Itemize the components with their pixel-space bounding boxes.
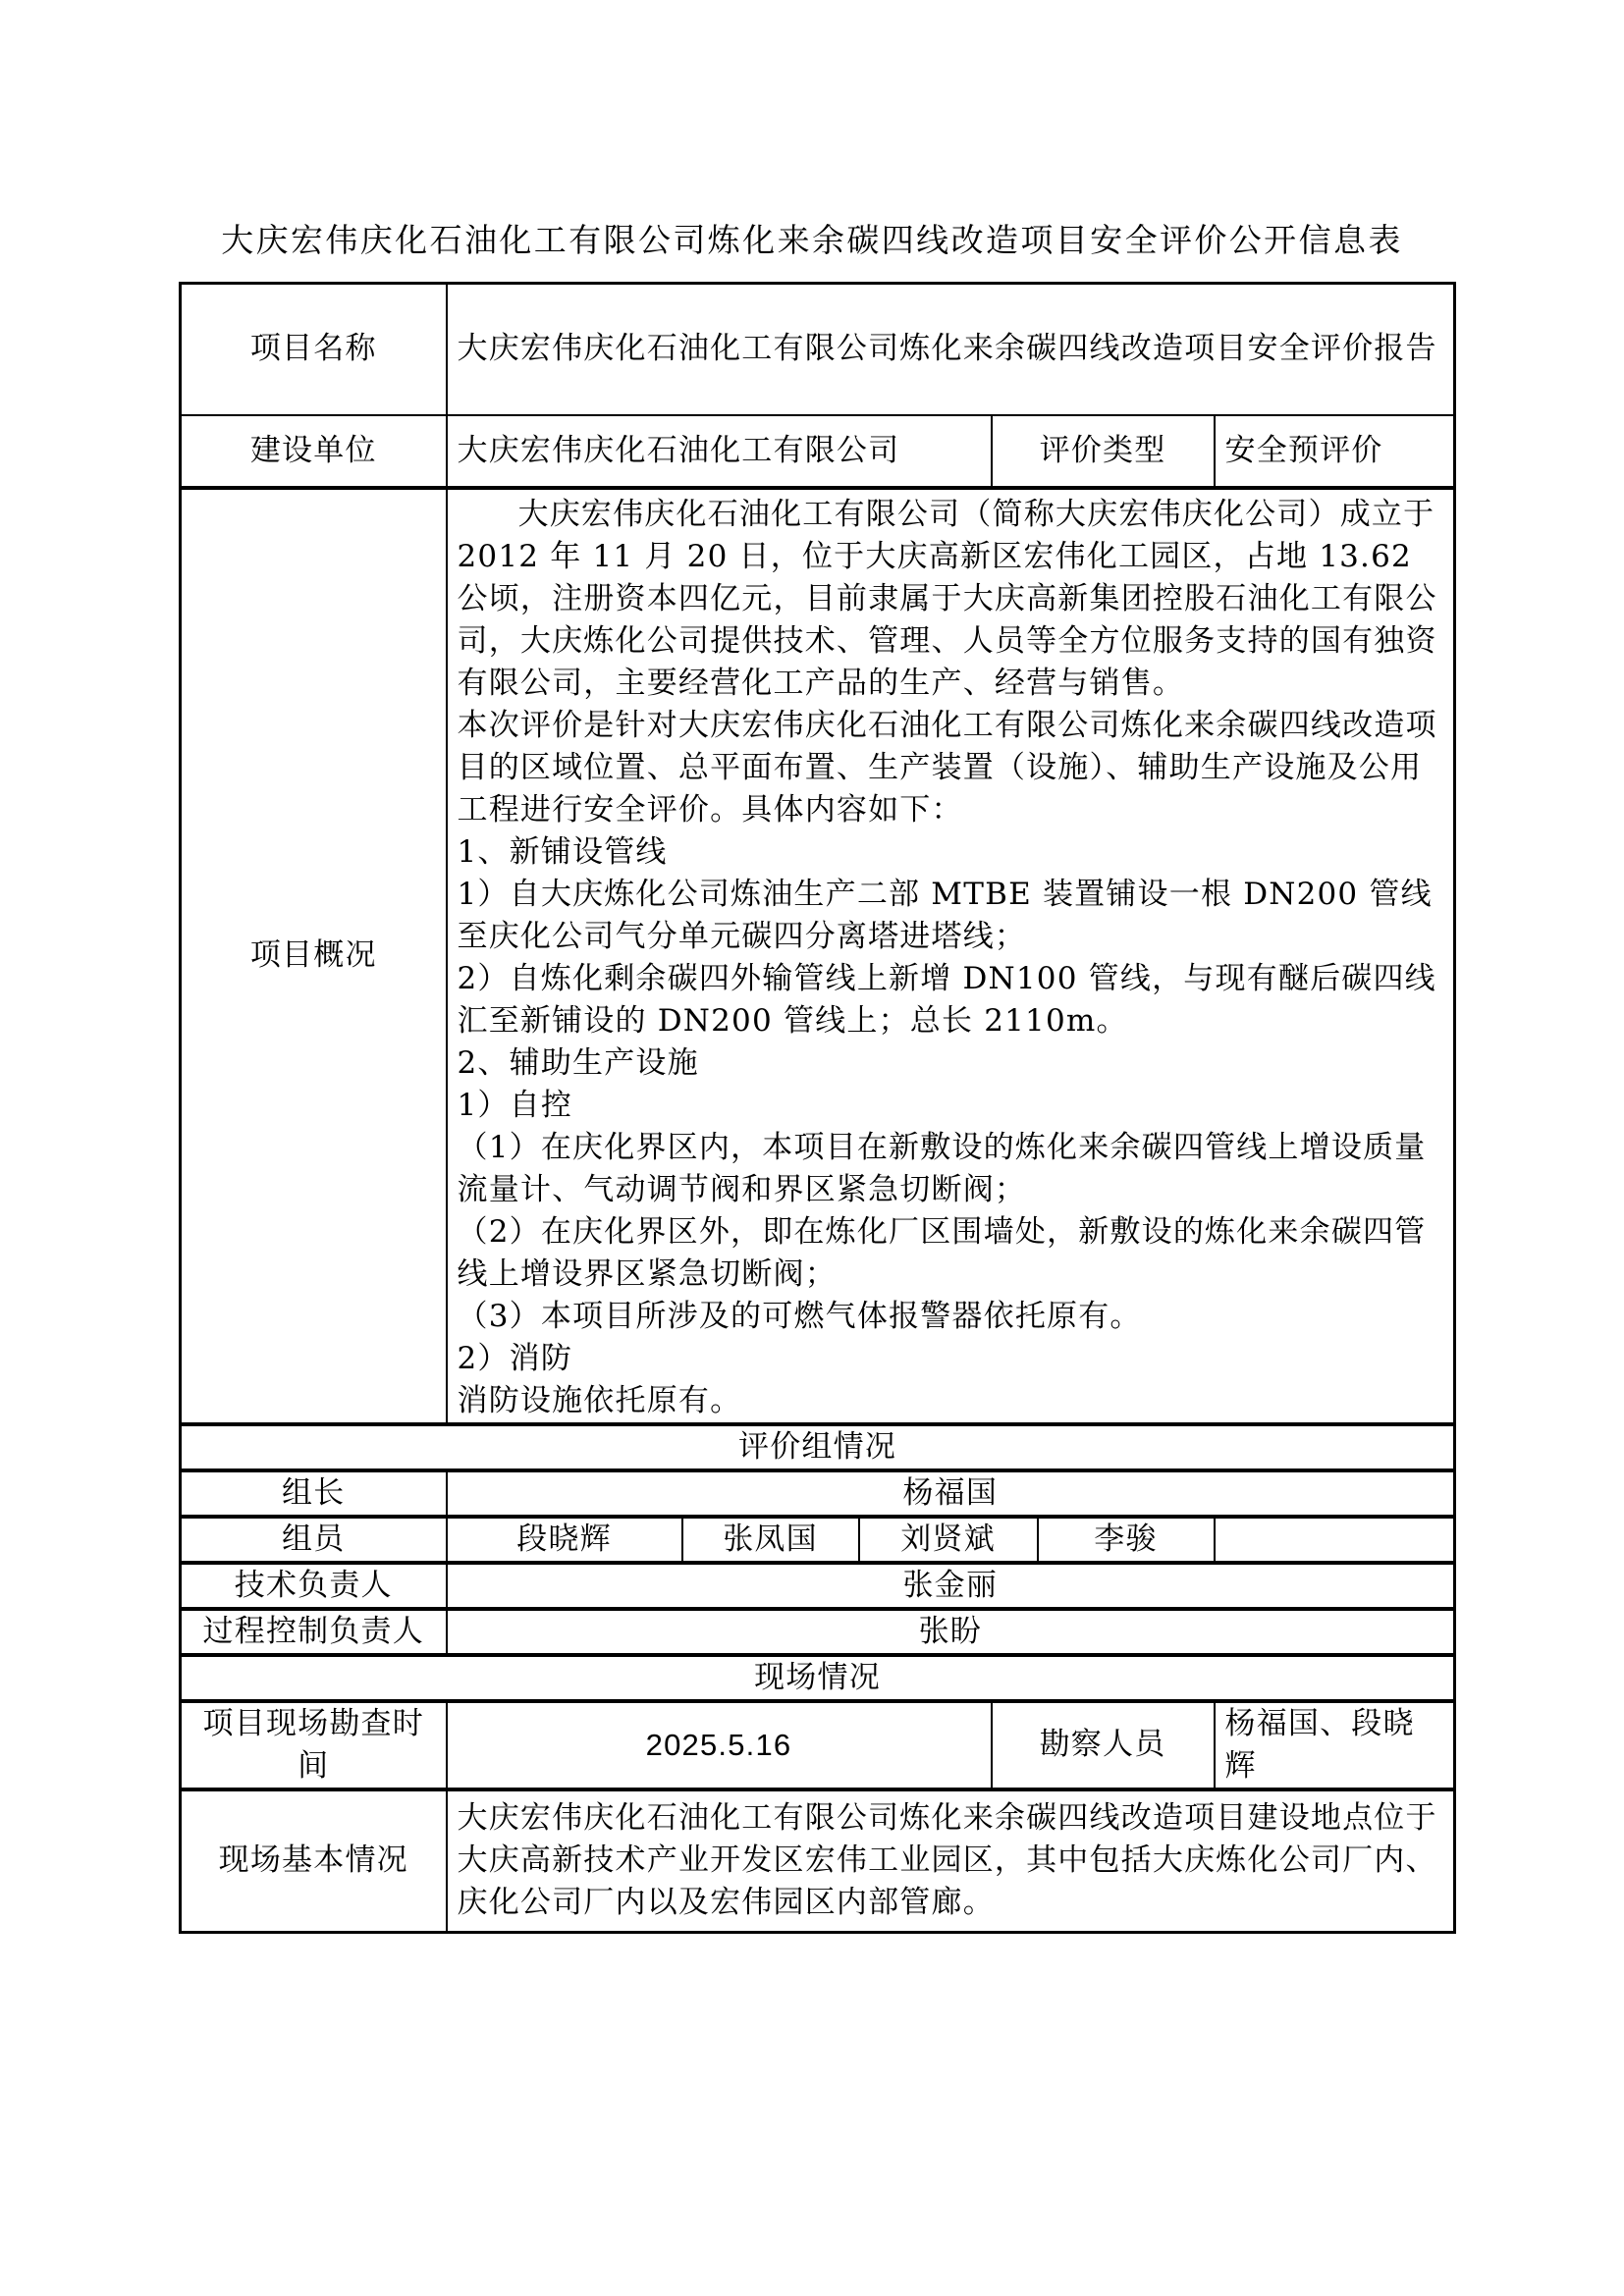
row-tech-lead: 技术负责人 张金丽 — [181, 1563, 1455, 1609]
members-label: 组员 — [181, 1517, 447, 1563]
overview-label: 项目概况 — [181, 488, 447, 1424]
member-cell-empty — [1215, 1517, 1455, 1563]
row-survey: 项目现场勘查时间 2025.5.16 勘察人员 杨福国、段晓辉 — [181, 1701, 1455, 1789]
row-leader: 组长 杨福国 — [181, 1470, 1455, 1517]
row-site-basic: 现场基本情况 大庆宏伟庆化石油化工有限公司炼化来余碳四线改造项目建设地点位于大庆… — [181, 1789, 1455, 1933]
overview-subheading: 1）自控 — [458, 1085, 1444, 1127]
row-members: 组员 段晓辉 张凤国 刘贤斌 李骏 — [181, 1517, 1455, 1563]
overview-item: 2）自炼化剩余碳四外输管线上新增 DN100 管线，与现有醚后碳四线汇至新铺设的… — [458, 958, 1444, 1042]
surveyors-label: 勘察人员 — [992, 1701, 1215, 1789]
overview-paragraph: 本次评价是针对大庆宏伟庆化石油化工有限公司炼化来余碳四线改造项目的区域位置、总平… — [458, 705, 1444, 831]
info-table: 项目名称 大庆宏伟庆化石油化工有限公司炼化来余碳四线改造项目安全评价报告 建设单… — [179, 282, 1456, 1934]
overview-item: （3）本项目所涉及的可燃气体报警器依托原有。 — [458, 1296, 1444, 1338]
row-overview: 项目概况 大庆宏伟庆化石油化工有限公司（简称大庆宏伟庆化公司）成立于 2012 … — [181, 488, 1455, 1424]
eval-type-value: 安全预评价 — [1215, 415, 1455, 488]
leader-value: 杨福国 — [447, 1470, 1455, 1517]
surveyors-value: 杨福国、段晓辉 — [1215, 1701, 1455, 1789]
construction-unit-value: 大庆宏伟庆化石油化工有限公司 — [447, 415, 992, 488]
row-construction-unit: 建设单位 大庆宏伟庆化石油化工有限公司 评价类型 安全预评价 — [181, 415, 1455, 488]
survey-time-label: 项目现场勘查时间 — [181, 1701, 447, 1789]
overview-item: 1）自大庆炼化公司炼油生产二部 MTBE 装置铺设一根 DN200 管线至庆化公… — [458, 874, 1444, 958]
eval-type-label: 评价类型 — [992, 415, 1215, 488]
overview-subheading: 2）消防 — [458, 1338, 1444, 1380]
row-eval-group-heading: 评价组情况 — [181, 1424, 1455, 1470]
site-basic-label: 现场基本情况 — [181, 1789, 447, 1933]
overview-content: 大庆宏伟庆化石油化工有限公司（简称大庆宏伟庆化公司）成立于 2012 年 11 … — [447, 488, 1455, 1424]
tech-lead-value: 张金丽 — [447, 1563, 1455, 1609]
member-cell: 张凤国 — [682, 1517, 859, 1563]
overview-item: （1）在庆化界区内，本项目在新敷设的炼化来余碳四管线上增设质量流量计、气动调节阀… — [458, 1127, 1444, 1211]
eval-group-heading: 评价组情况 — [181, 1424, 1455, 1470]
document-title: 大庆宏伟庆化石油化工有限公司炼化来余碳四线改造项目安全评价公开信息表 — [0, 216, 1624, 265]
overview-heading: 1、新铺设管线 — [458, 831, 1444, 874]
member-cell: 李骏 — [1038, 1517, 1215, 1563]
process-lead-label: 过程控制负责人 — [181, 1609, 447, 1655]
member-cell: 段晓辉 — [447, 1517, 682, 1563]
overview-paragraph: 大庆宏伟庆化石油化工有限公司（简称大庆宏伟庆化公司）成立于 2012 年 11 … — [458, 494, 1444, 705]
project-name-value: 大庆宏伟庆化石油化工有限公司炼化来余碳四线改造项目安全评价报告 — [447, 284, 1455, 415]
tech-lead-label: 技术负责人 — [181, 1563, 447, 1609]
row-site-heading: 现场情况 — [181, 1655, 1455, 1701]
row-process-lead: 过程控制负责人 张盼 — [181, 1609, 1455, 1655]
leader-label: 组长 — [181, 1470, 447, 1517]
construction-unit-label: 建设单位 — [181, 415, 447, 488]
overview-heading: 2、辅助生产设施 — [458, 1042, 1444, 1085]
row-project-name: 项目名称 大庆宏伟庆化石油化工有限公司炼化来余碳四线改造项目安全评价报告 — [181, 284, 1455, 415]
project-name-label: 项目名称 — [181, 284, 447, 415]
overview-item: （2）在庆化界区外，即在炼化厂区围墙处，新敷设的炼化来余碳四管线上增设界区紧急切… — [458, 1211, 1444, 1296]
site-basic-value: 大庆宏伟庆化石油化工有限公司炼化来余碳四线改造项目建设地点位于大庆高新技术产业开… — [447, 1789, 1455, 1933]
survey-time-value: 2025.5.16 — [447, 1701, 992, 1789]
member-cell: 刘贤斌 — [859, 1517, 1038, 1563]
site-heading: 现场情况 — [181, 1655, 1455, 1701]
overview-item: 消防设施依托原有。 — [458, 1380, 1444, 1422]
process-lead-value: 张盼 — [447, 1609, 1455, 1655]
